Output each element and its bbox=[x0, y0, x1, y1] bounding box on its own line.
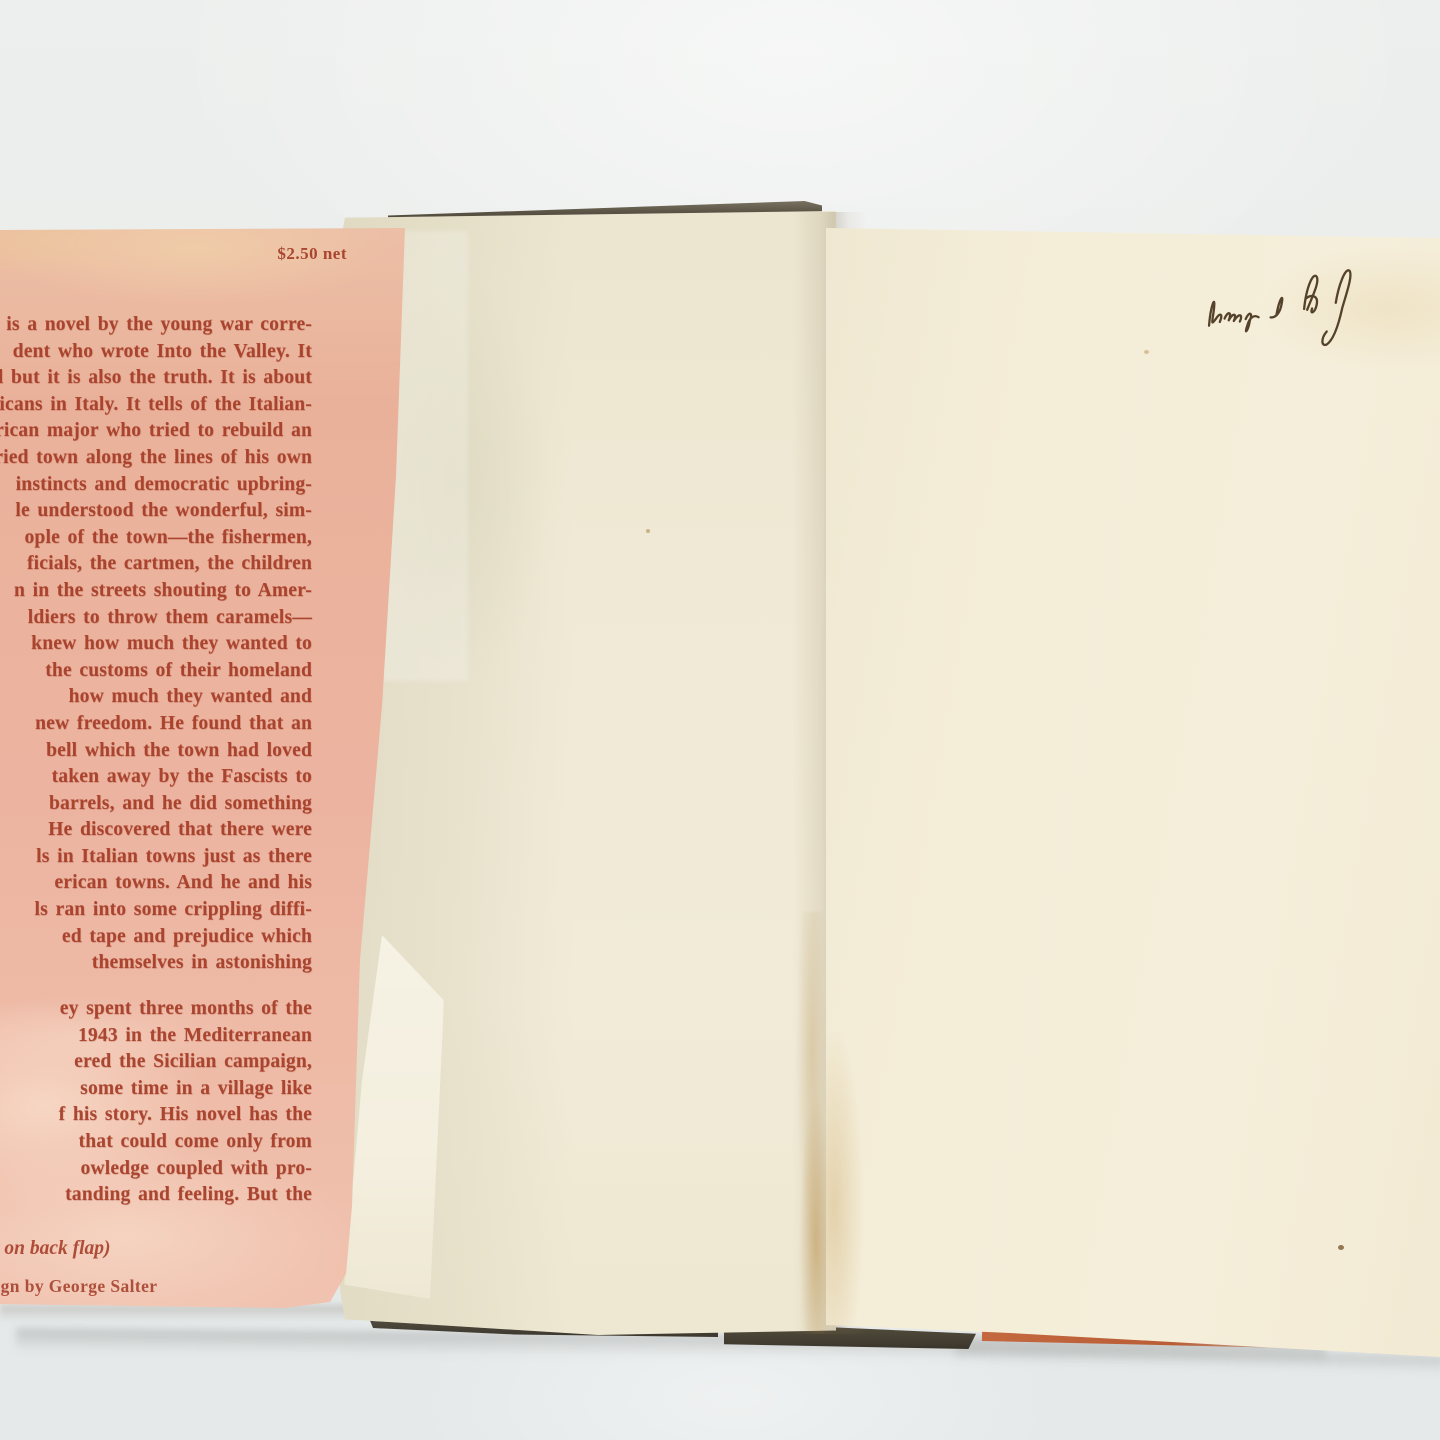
flap-text-line: the customs of their homeland bbox=[0, 658, 312, 685]
flap-text-line: is a novel by the young war corre- bbox=[0, 312, 312, 339]
flap-text-line: tanding and feeling. But the bbox=[0, 1182, 312, 1209]
right-blank-page bbox=[826, 208, 1440, 1360]
flap-text-line: le understood the wonderful, sim- bbox=[0, 498, 312, 525]
flap-blurb-paragraph-2: ey spent three months of the1943 in the … bbox=[0, 996, 312, 1209]
flap-text-line: ovel but it is also the truth. It is abo… bbox=[0, 365, 312, 392]
flap-text-line: owledge coupled with pro- bbox=[0, 1156, 312, 1183]
photo-scene: { "photo_subject": "Open vintage hardcov… bbox=[0, 0, 1440, 1440]
flap-text-line: some time in a village like bbox=[0, 1076, 312, 1103]
left-endpaper bbox=[340, 211, 836, 1335]
flap-text-line: ered the Sicilian campaign, bbox=[0, 1049, 312, 1076]
flap-price: $2.50 net bbox=[0, 244, 347, 264]
flap-text-line: instincts and democratic upbring- bbox=[0, 472, 312, 499]
flap-cast-shadow bbox=[0, 1305, 355, 1321]
flap-text-line: He discovered that there were bbox=[0, 817, 312, 844]
flap-text-line: ople of the town—the fishermen, bbox=[0, 525, 312, 552]
flap-text-line: 1943 in the Mediterranean bbox=[0, 1023, 312, 1050]
flap-text-line: erican towns. And he and his bbox=[0, 870, 312, 897]
flap-blurb-paragraph-1: is a novel by the young war corre-dent w… bbox=[0, 312, 312, 977]
flap-text-line: ricans in Italy. It tells of the Italian… bbox=[0, 392, 312, 419]
flap-text-line: bell which the town had loved bbox=[0, 738, 312, 765]
flap-text-line: n in the streets shouting to Amer- bbox=[0, 578, 312, 605]
flap-continuation-note: inued on back flap) bbox=[0, 1238, 254, 1260]
flap-text-line: ficials, the cartmen, the children bbox=[0, 551, 312, 578]
flap-designer-credit: esign by George Salter bbox=[0, 1276, 300, 1297]
flap-text-line: ed tape and prejudice which bbox=[0, 924, 312, 951]
flap-text-line: barrels, and he did something bbox=[0, 791, 312, 818]
flap-text-line: rican major who tried to rebuild an bbox=[0, 418, 312, 445]
flap-text-line: taken away by the Fascists to bbox=[0, 764, 312, 791]
flap-text-line: dent who wrote Into the Valley. It bbox=[0, 339, 312, 366]
flap-text-line: knew how much they wanted to bbox=[0, 631, 312, 658]
flap-text-line: f his story. His novel has the bbox=[0, 1102, 312, 1129]
flap-text-line: themselves in astonishing bbox=[0, 950, 312, 977]
paper-speck bbox=[1338, 1245, 1344, 1250]
flap-text-line: how much they wanted and bbox=[0, 684, 312, 711]
dust-jacket-front-flap: $2.50 net is a novel by the young war co… bbox=[0, 226, 410, 1314]
flap-text-line: that could come only from bbox=[0, 1129, 312, 1156]
flap-text-line: ls ran into some crippling diffi- bbox=[0, 897, 312, 924]
owner-signature bbox=[1194, 248, 1385, 369]
flap-text-line: new freedom. He found that an bbox=[0, 711, 312, 738]
flap-text-line: ldiers to throw them caramels— bbox=[0, 605, 312, 632]
paper-speck bbox=[646, 529, 650, 533]
paper-speck bbox=[1144, 350, 1149, 354]
flap-text-line: ls in Italian towns just as there bbox=[0, 844, 312, 871]
flap-text-line: ey spent three months of the bbox=[0, 996, 312, 1023]
flap-text-line: ried town along the lines of his own bbox=[0, 445, 312, 472]
